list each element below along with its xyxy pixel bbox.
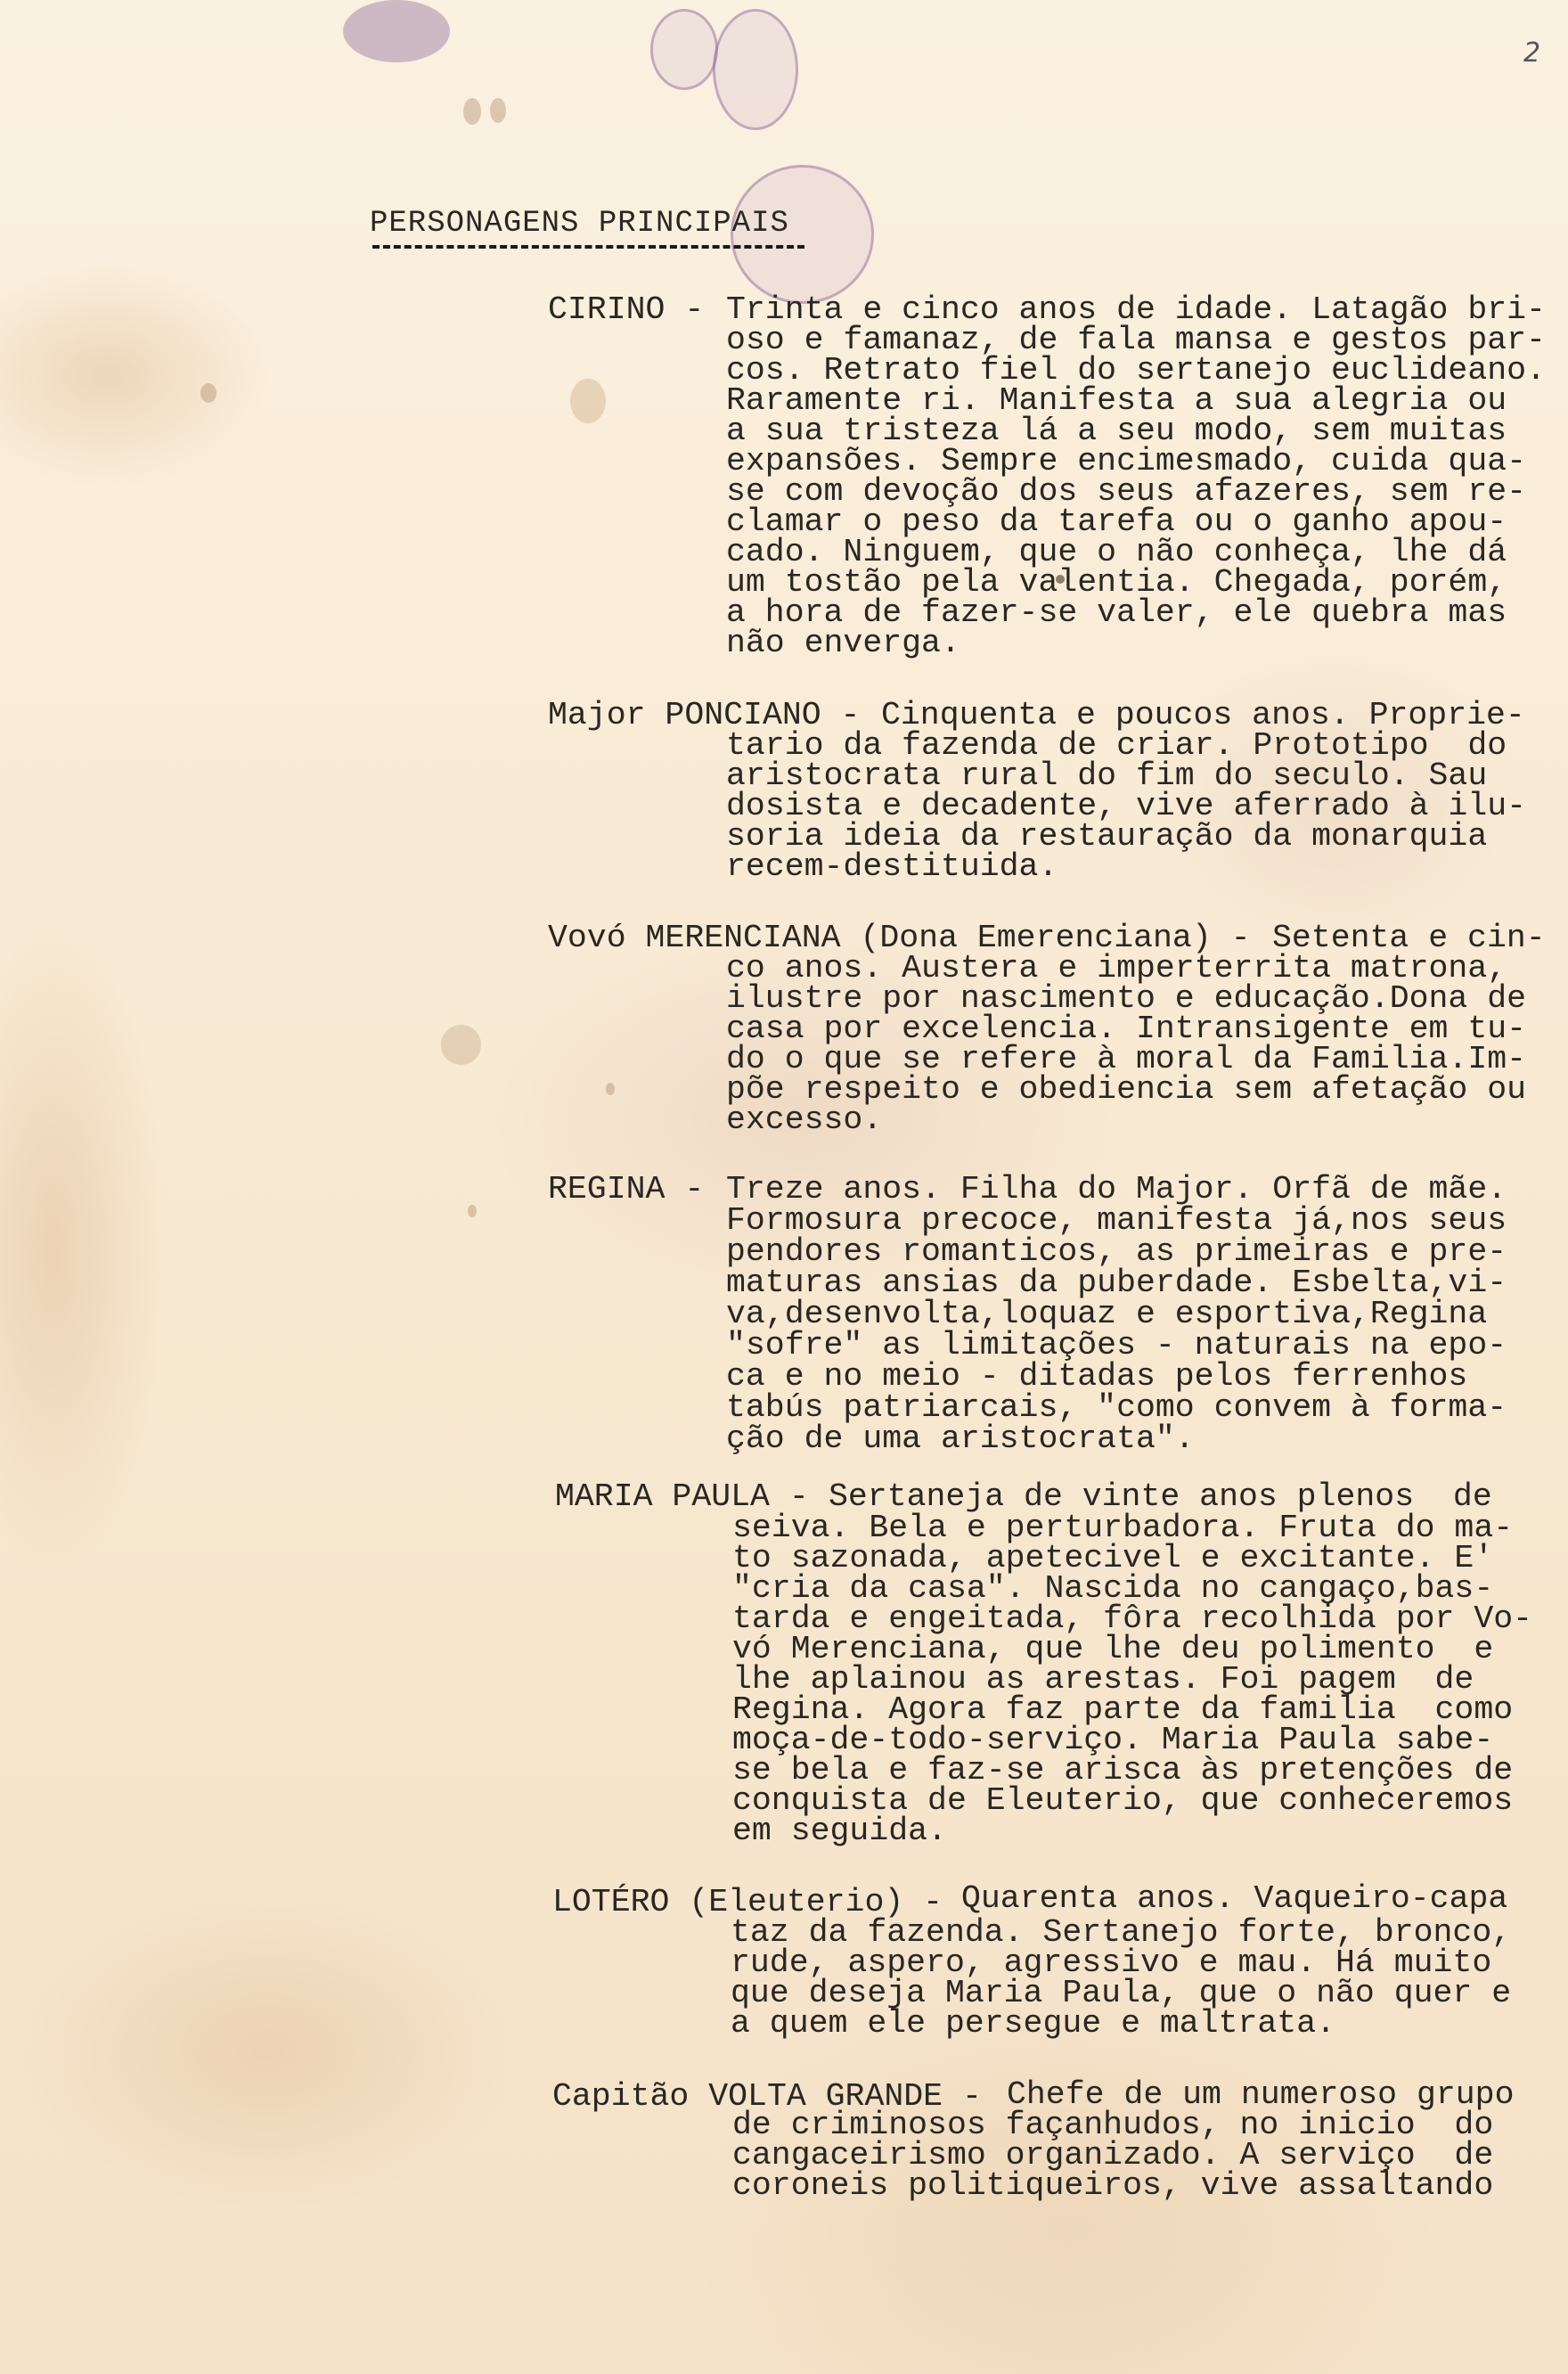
description-line: Quarenta anos. Vaqueiro-capa — [961, 1883, 1507, 1916]
brown-spot — [606, 1083, 615, 1095]
purple-stain — [343, 0, 450, 62]
brown-spot — [200, 383, 216, 403]
purple-stain — [713, 9, 798, 130]
brown-spot — [490, 98, 506, 123]
title-underline — [372, 245, 804, 249]
page-title: PERSONAGENS PRINCIPAIS — [370, 207, 789, 241]
page-number: 2 — [1523, 37, 1540, 69]
brown-spot — [468, 1205, 477, 1217]
description-line: a quem ele persegue e maltrata. — [731, 2008, 1335, 2041]
brown-spot — [570, 379, 606, 423]
description-line: excesso. — [726, 1104, 882, 1137]
brown-spot — [463, 98, 481, 125]
description-line: recem-destituida. — [726, 851, 1058, 884]
character-label: REGINA - — [548, 1174, 723, 1207]
brown-spot — [441, 1025, 481, 1065]
purple-stain — [650, 9, 718, 90]
character-label: CIRINO - — [548, 294, 723, 327]
description-line: não enverga. — [726, 627, 960, 660]
description-line: ção de uma aristocrata". — [726, 1423, 1195, 1456]
description-line: coroneis politiqueiros, vive assaltando — [732, 2170, 1493, 2203]
description-line: em seguida. — [732, 1815, 947, 1848]
